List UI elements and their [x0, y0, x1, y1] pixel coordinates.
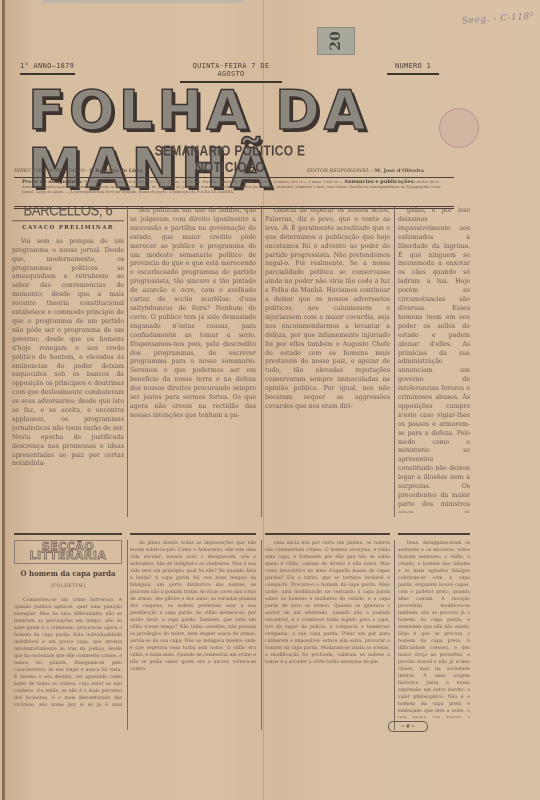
page-edge: [2, 0, 5, 800]
scan-strip: [42, 0, 242, 3]
newspaper-page: Seeg. - C-118³ 20 1° ANNO—1879 QUINTA-FE…: [2, 0, 540, 800]
story-title: O homem da capa parda: [14, 570, 122, 579]
literary-column-2: de pleno direito todas as imprecações qu…: [130, 540, 256, 728]
column-divider: [127, 207, 128, 517]
section-rule: [14, 533, 122, 535]
story-text: essa ancia era por certo um plebeu, os n…: [265, 540, 390, 666]
front-column-4: gidas, e por isso deixamos impassivelmen…: [398, 207, 470, 513]
year-text: 1° ANNO—1879: [20, 62, 74, 70]
story-text: Commetteu-se um crime horroroso. A opini…: [14, 597, 122, 708]
column-divider: [394, 540, 395, 730]
article-text: ciencia de esperar os nossos actos. Pala…: [265, 207, 390, 412]
literary-section-heading: SECÇÃO LITTERARIA: [14, 540, 122, 564]
divider: [387, 73, 439, 75]
edition-number: NUMERO 1: [387, 62, 439, 75]
section-rule: [265, 533, 390, 535]
column-divider: [261, 207, 262, 517]
story-text: de pleno direito todas as imprecações qu…: [130, 540, 256, 673]
divider: [20, 73, 75, 75]
literary-column-3: essa ancia era por certo um plebeu, os n…: [265, 540, 390, 728]
story-tag: [FOLHETIM]: [14, 583, 122, 592]
article-text: des politicas em uso de baldos, que se j…: [130, 207, 256, 421]
article-text: gidas, e por isso deixamos impassivelmen…: [398, 207, 470, 513]
column-divider: [127, 540, 128, 730]
masthead-title: FOLHA DA MANHÃ: [28, 82, 428, 140]
number-text: NUMERO 1: [395, 62, 431, 70]
front-column-3: ciencia de esperar os nossos actos. Pala…: [265, 207, 390, 513]
story-text: beus, desappareceram os senhores e os es…: [398, 540, 470, 718]
edition-year: 1° ANNO—1879: [20, 62, 75, 75]
postage-stamp-icon: 20: [317, 27, 355, 55]
library-seal-icon: [439, 108, 479, 148]
city-heading: BARCELLOS, 6: [12, 207, 124, 221]
subscription-box: Preço da assignatura: Por 3 mezes, 300 r…: [14, 177, 454, 209]
date-text: QUINTA-FEIRA 7 DE AGOSTO: [193, 62, 270, 78]
section-rule: [130, 533, 256, 535]
handwritten-note: Seeg. - C-118³: [462, 12, 534, 27]
front-column-1: BARCELLOS, 6 CAVACO PRELIMINAR Vai sem a…: [12, 207, 124, 513]
end-ornament-icon: ~❦~: [388, 721, 428, 732]
masthead-subtitle: SEMANARIO POLITICO E NOTICIOSO: [130, 142, 330, 176]
literary-column-1: SECÇÃO LITTERARIA O homem da capa parda …: [14, 540, 122, 708]
article-text: Vai sem as pompas de um programma o noss…: [12, 238, 124, 470]
section-heading: CAVACO PRELIMINAR: [12, 224, 124, 233]
column-divider: [261, 540, 262, 730]
editor-line: EDITOR RESPONSAVEL—M. José d'Oliveira: [307, 168, 424, 174]
section-rule: [398, 533, 470, 535]
director-line: DIRECTOR-PROPRIETARIO—J. Baptista de Lim…: [14, 168, 143, 174]
column-divider: [394, 207, 395, 517]
front-column-2: des politicas em uso de baldos, que se j…: [130, 207, 256, 513]
literary-column-4: beus, desappareceram os senhores e os es…: [398, 540, 470, 718]
